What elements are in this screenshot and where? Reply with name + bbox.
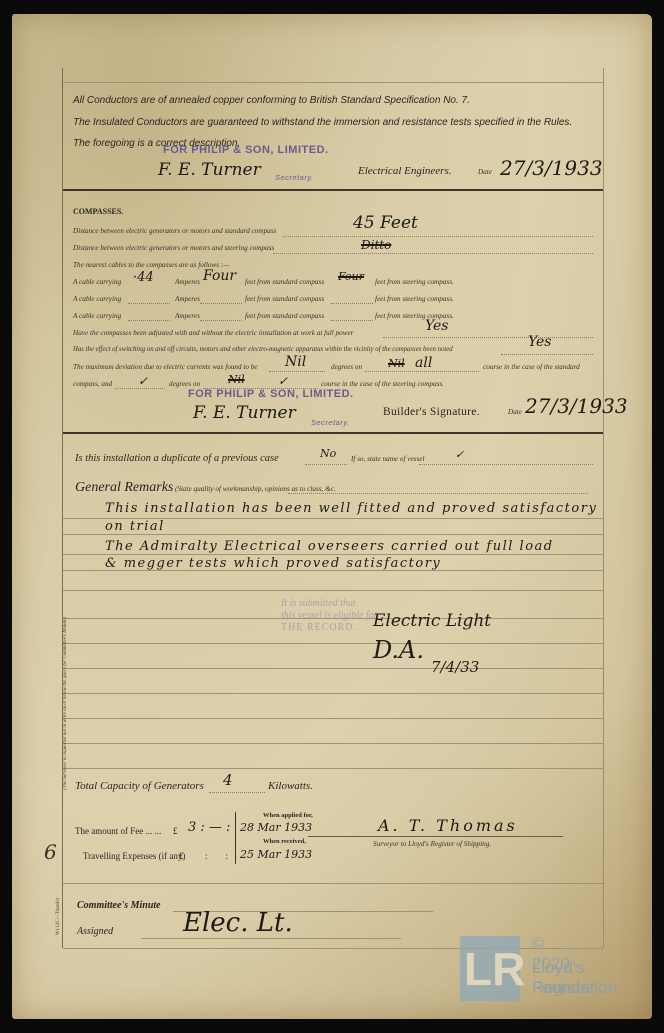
course-standard-label: course in the case of the standard xyxy=(483,363,580,371)
adjusted-label: Have the compasses been adjusted with an… xyxy=(73,329,353,337)
steer-feet-label: feet from steering compass. xyxy=(375,278,454,286)
travel-currency: £ xyxy=(179,851,184,861)
std-feet-label: feet from standard compass xyxy=(245,312,324,320)
role-label: Electrical Engineers. xyxy=(358,165,451,177)
form-frame: All Conductors are of annealed copper co… xyxy=(62,68,604,948)
remarks-line: on trial xyxy=(105,519,165,534)
cable-amps-value: ·44 xyxy=(133,270,154,285)
fee-label: The amount of Fee ... ... xyxy=(75,826,161,836)
general-remarks-heading: General Remarks xyxy=(75,480,173,496)
degrees-on-label: degrees on xyxy=(331,363,362,371)
assigned-value: Elec. Lt. xyxy=(183,908,293,938)
annotation-electric-light: Electric Light xyxy=(373,611,491,631)
compasses-heading: COMPASSES. xyxy=(73,207,123,216)
cable-row-prefix: A cable carrying xyxy=(73,312,121,320)
date-value: 27/3/1933 xyxy=(525,394,628,418)
steer-feet-label: feet from steering compass. xyxy=(375,295,454,303)
date-value: 27/3/1933 xyxy=(500,156,603,180)
dist-standard-value: 45 Feet xyxy=(353,213,418,233)
annotation-date: 7/4/33 xyxy=(431,658,479,676)
form-code: Wt.12C—Transfer xyxy=(56,898,61,935)
duplicate-label: Is this installation a duplicate of a pr… xyxy=(75,453,279,464)
builder-signature-label: Builder's Signature. xyxy=(383,406,480,418)
signature: F. E. Turner xyxy=(158,160,261,180)
steer-feet-value: Four xyxy=(338,270,364,283)
deviation-label: The maximum deviation due to electric cu… xyxy=(73,363,258,371)
generator-capacity-label: Total Capacity of Generators xyxy=(75,780,204,792)
fee-currency: £ xyxy=(173,826,178,836)
org-name-line-2: Foundation xyxy=(532,978,617,998)
lr-logo-icon: LR xyxy=(460,936,520,1001)
amperes-label: Amperes xyxy=(175,295,200,303)
surveyor-signature: A. T. Thomas xyxy=(378,816,518,835)
divider xyxy=(63,82,603,83)
vessel-name-label: If so, state name of vessel xyxy=(351,455,424,463)
section-divider xyxy=(63,189,603,191)
travel-expenses-label: Travelling Expenses (if any) xyxy=(83,851,185,861)
steer-degrees-on-label: degrees on xyxy=(169,380,200,388)
applied-for-label: When applied for, xyxy=(263,812,313,819)
compass-and-label: compass, and xyxy=(73,380,112,388)
cable-row-prefix: A cable carrying xyxy=(73,295,121,303)
effect-value: Yes xyxy=(528,334,552,350)
date-brace xyxy=(235,812,236,864)
declaration-line-2: The Insulated Conductors are guaranteed … xyxy=(73,117,572,128)
lr-logo-text: LR xyxy=(464,942,525,996)
faded-stamp-line: THE RECORD. xyxy=(281,622,357,633)
cable-row-prefix: A cable carrying xyxy=(73,278,121,286)
fee-value: 3 : — : xyxy=(188,820,230,835)
course-value: all xyxy=(415,355,432,371)
applied-for-date: 28 Mar 1933 xyxy=(240,821,312,834)
declaration-line-1: All Conductors are of annealed copper co… xyxy=(73,95,470,106)
remarks-line: This installation has been well fitted a… xyxy=(105,501,597,516)
steer-course-label: course in the case of the steering compa… xyxy=(321,380,444,388)
duplicate-value: No xyxy=(320,447,336,460)
secretary-label: Secretary. xyxy=(311,418,350,427)
course-struck-value: Nil xyxy=(388,357,405,370)
adjusted-value: Yes xyxy=(425,318,449,334)
general-remarks-instruction: (State quality of workmanship, opinions … xyxy=(175,485,336,493)
generator-capacity-value: 4 xyxy=(223,771,233,789)
remarks-line: & megger tests which proved satisfactory xyxy=(105,556,441,571)
secretary-label: Secretary. xyxy=(275,173,314,182)
amperes-label: Amperes xyxy=(175,312,200,320)
remarks-line: The Admiralty Electrical overseers carri… xyxy=(105,539,554,554)
date-label: Date xyxy=(508,408,522,416)
margin-vertical-note: (The Surveyor is requested not to write … xyxy=(63,617,68,790)
dist-standard-label: Distance between electric generators or … xyxy=(73,227,276,235)
faded-stamp-line: this vessel is eligible for xyxy=(281,610,378,621)
effect-label: Has the effect of switching on and off c… xyxy=(73,346,453,353)
vessel-name-value: ✓ xyxy=(455,448,464,461)
section-divider xyxy=(63,432,603,434)
company-stamp: FOR PHILIP & SON, LIMITED. xyxy=(188,388,354,400)
builder-signature: F. E. Turner xyxy=(193,403,296,423)
std-feet-label: feet from standard compass xyxy=(245,295,324,303)
company-stamp: FOR PHILIP & SON, LIMITED. xyxy=(163,144,329,156)
faded-stamp-line: It is submitted that xyxy=(281,598,356,609)
margin-mark: 6 xyxy=(44,840,57,864)
steer-course-value: ✓ xyxy=(278,374,288,388)
annotation-initials: D.A. xyxy=(373,636,424,664)
deviation-value: Nil xyxy=(285,354,306,370)
dist-steering-label: Distance between electric generators or … xyxy=(73,244,274,252)
travel-value: : : xyxy=(205,851,228,861)
received-date: 25 Mar 1933 xyxy=(240,848,312,861)
amperes-label: Amperes xyxy=(175,278,200,286)
dist-steering-value: Ditto xyxy=(361,238,391,252)
std-feet-label: feet from standard compass xyxy=(245,278,324,286)
date-label: Date xyxy=(478,168,492,176)
kilowatts-label: Kilowatts. xyxy=(268,780,313,792)
steer-degrees-value: ✓ xyxy=(138,374,148,388)
surveyor-label: Surveyor to Lloyd's Register of Shipping… xyxy=(373,840,491,848)
std-feet-value: Four xyxy=(203,268,236,284)
assigned-label: Assigned xyxy=(77,926,113,937)
received-label: When received, xyxy=(263,838,306,845)
steer-course-struck: Nil xyxy=(228,373,245,386)
committee-minute-label: Committee's Minute xyxy=(77,900,161,911)
